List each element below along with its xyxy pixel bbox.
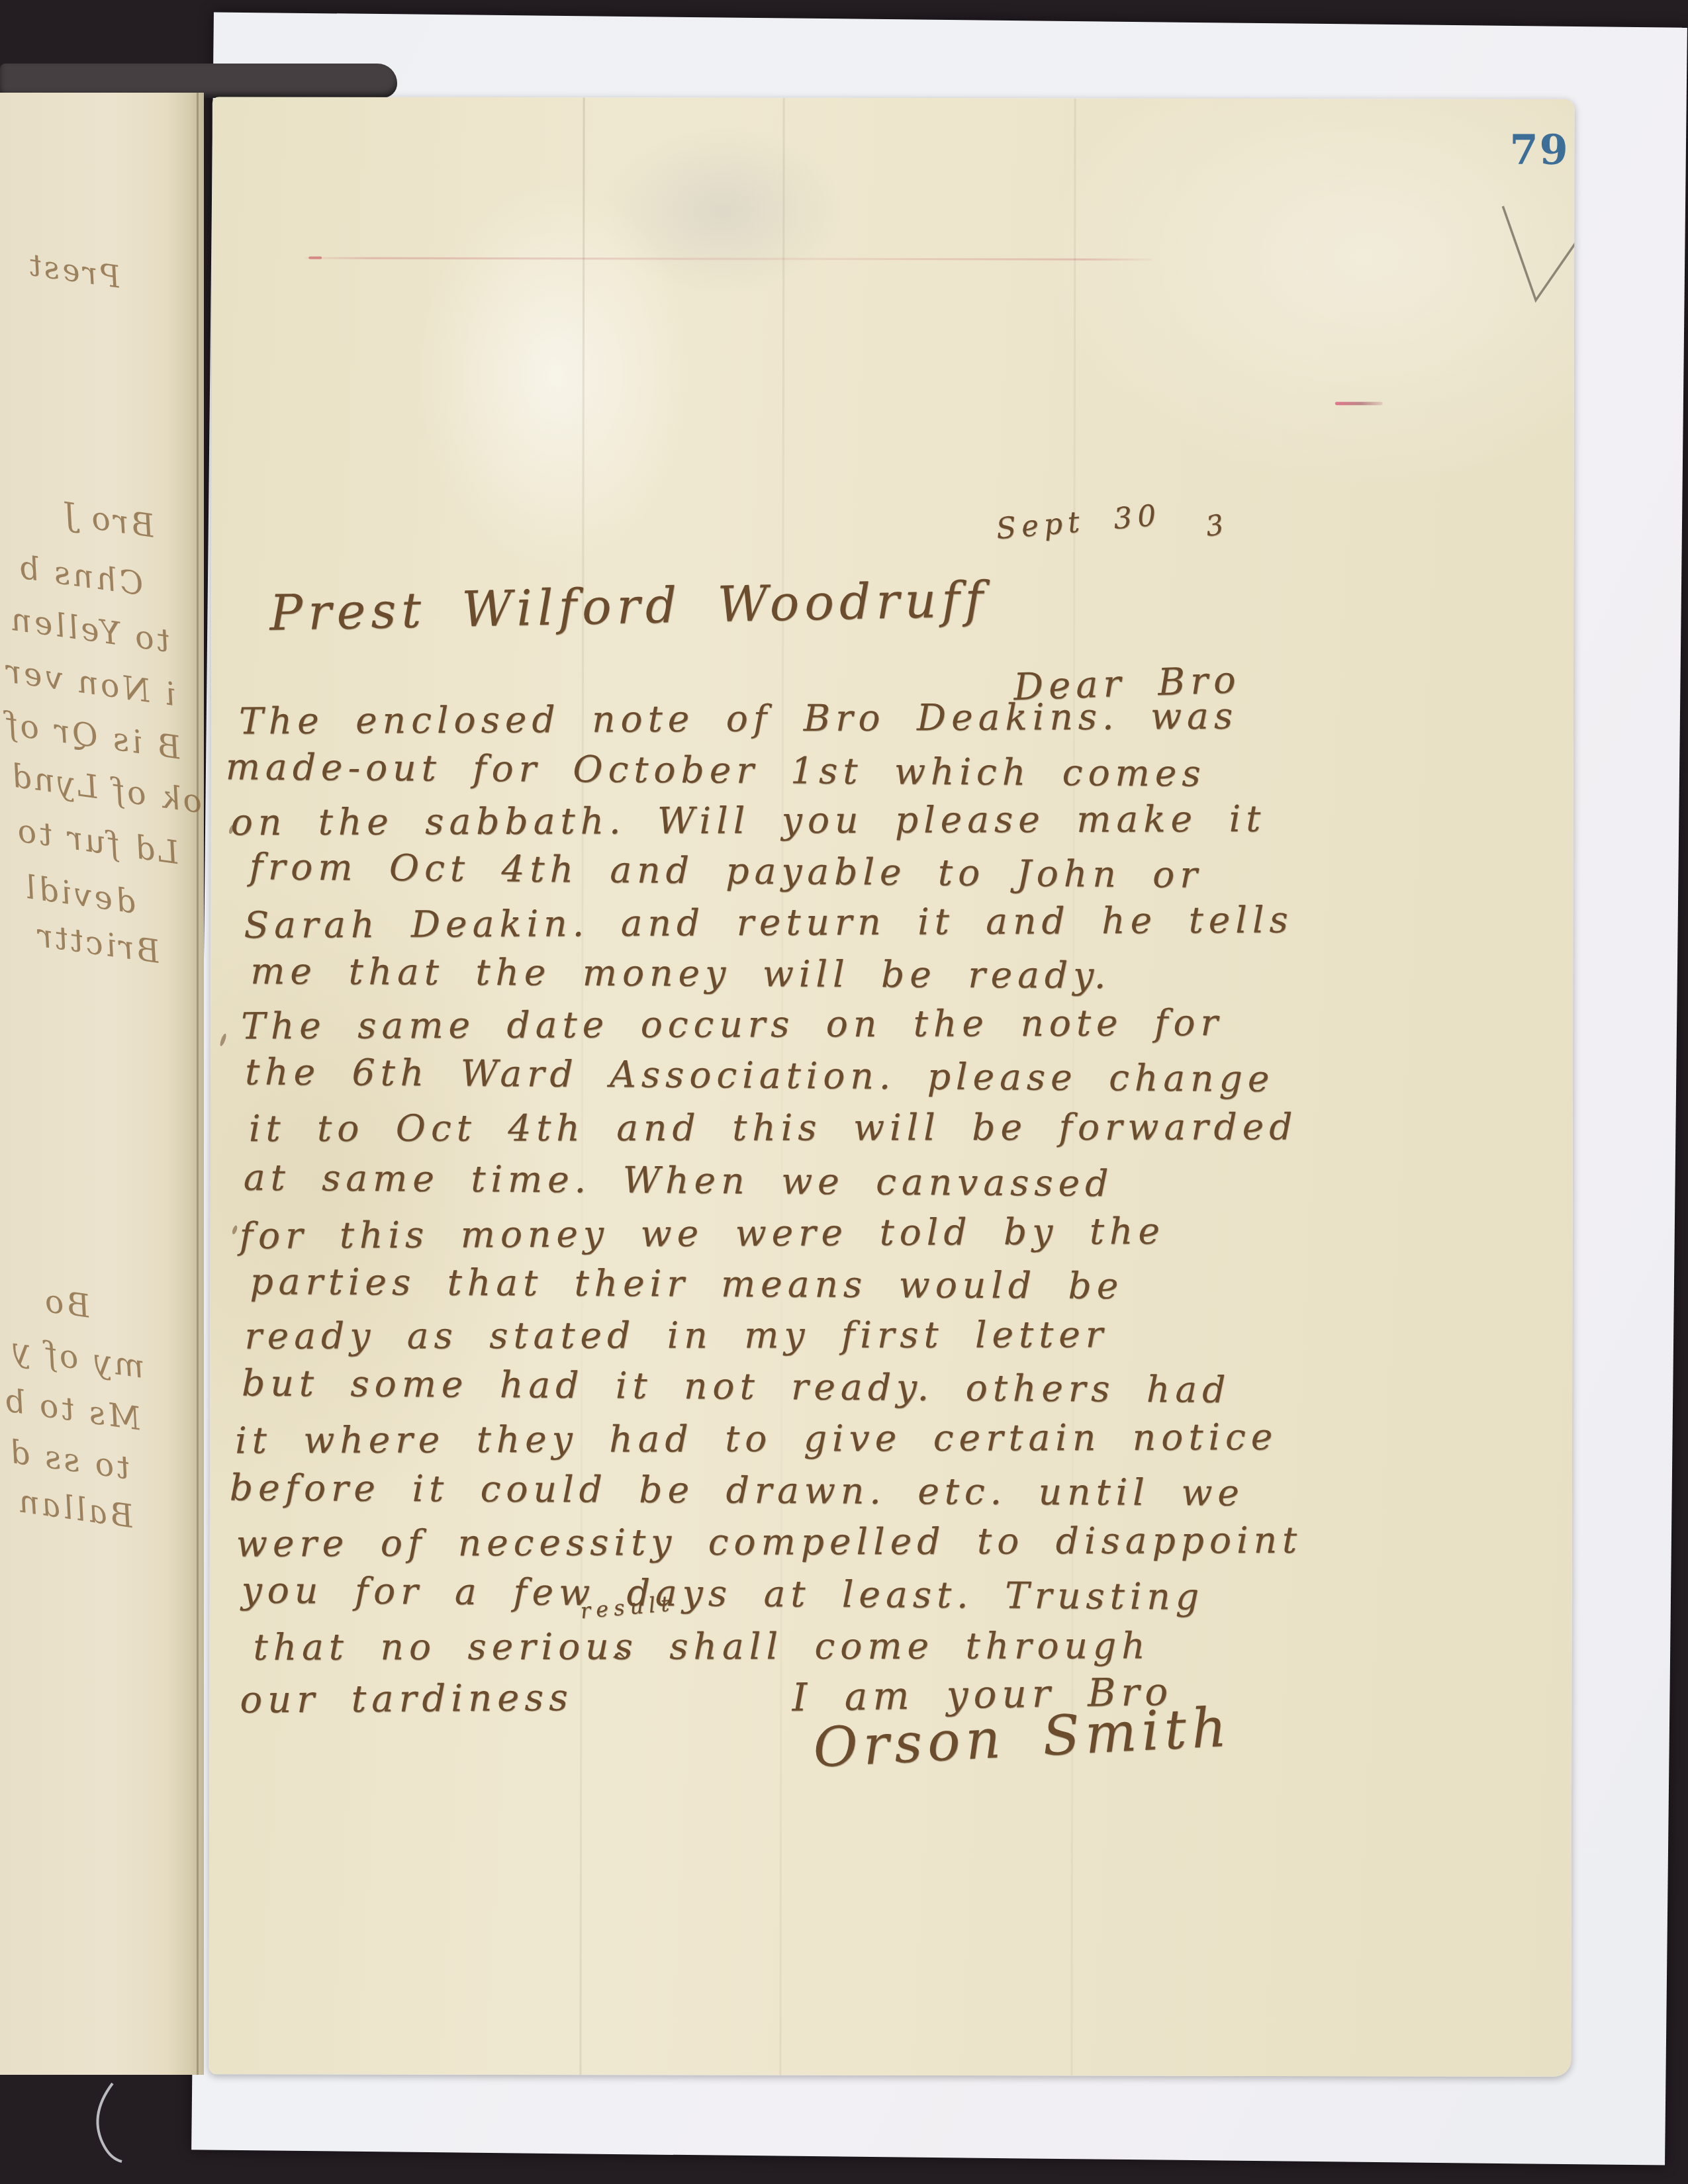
body-line-18: you for a few days at least. Trusting bbox=[241, 1569, 1204, 1617]
facing-book-page: PrestBro JChns bto Yelleni Non verB is Q… bbox=[0, 93, 204, 2075]
date-page-digit: 3 bbox=[1203, 508, 1231, 543]
mirrored-fragment: Bo bbox=[40, 1282, 92, 1325]
body-line-10: at same time. When we canvassed bbox=[244, 1156, 1114, 1205]
mirrored-fragment: Ballan bbox=[14, 1482, 136, 1535]
body-line-14: but some had it not ready. others had bbox=[242, 1361, 1231, 1410]
date-line: Sept 30 bbox=[995, 498, 1162, 546]
mirrored-fragment: Bricttr bbox=[32, 917, 162, 971]
mirrored-fragment: my of y bbox=[7, 1330, 147, 1386]
insertion-caret: ^ bbox=[610, 1649, 632, 1672]
body-line-16: before it could be drawn. etc. until we bbox=[230, 1467, 1244, 1514]
body-line-5: Sarah Deakin. and return it and he tells bbox=[244, 899, 1293, 946]
mirrored-fragment: Bro J bbox=[59, 495, 157, 545]
mirrored-fragment: Chns b bbox=[14, 549, 146, 603]
body-line-3: on the sabbath. Will you please make it bbox=[231, 797, 1266, 843]
mirrored-fragment: devidl bbox=[21, 868, 138, 921]
pink-ink-mark bbox=[1335, 402, 1383, 405]
body-line-12: parties that their means would be bbox=[250, 1260, 1123, 1307]
letter-page: 79 Sept 303Prest Wilford WoodruffDear Br… bbox=[209, 97, 1574, 2077]
faint-red-guideline bbox=[305, 257, 1152, 260]
book-gutter-shadow bbox=[197, 93, 199, 2075]
mirrored-fragment: Ld fur to bbox=[13, 812, 181, 872]
body-line-8: the 6th Ward Association. please change bbox=[245, 1050, 1275, 1100]
body-line-15: it where they had to give certain notice bbox=[235, 1416, 1278, 1461]
mirrored-fragment: to ss d bbox=[5, 1433, 132, 1486]
pencil-checkmark-icon bbox=[1489, 172, 1575, 318]
body-line-9: it to Oct 4th and this will be forwarded bbox=[249, 1105, 1298, 1150]
body-line-4: from Oct 4th and payable to John or bbox=[249, 845, 1203, 896]
mirrored-fragment: Ms to b bbox=[0, 1382, 143, 1438]
ink-speck bbox=[231, 1225, 238, 1235]
mirrored-fragment: i Non ver bbox=[1, 653, 177, 713]
mirrored-fragment: to Yellen bbox=[6, 600, 172, 660]
mirrored-fragment: ok of Lynd bbox=[7, 757, 205, 821]
mirrored-fragment: Prest bbox=[24, 246, 122, 295]
mirrored-fragment: B is Qr of bbox=[1, 705, 183, 766]
ink-speck bbox=[219, 1033, 228, 1047]
scanned-letter-photograph: PrestBro JChns bto Yelleni Non verB is Q… bbox=[0, 0, 1688, 2184]
red-guideline-tick bbox=[308, 256, 322, 259]
body-line-19: that no serious shall come through bbox=[253, 1624, 1150, 1668]
body-line-11: for this money we were told by the bbox=[239, 1210, 1165, 1257]
page-number-stamp: 79 bbox=[1509, 126, 1569, 174]
body-line-7: The same date occurs on the note for bbox=[241, 1001, 1223, 1047]
body-line-13: ready as stated in my first letter bbox=[244, 1313, 1108, 1357]
white-thread bbox=[73, 2078, 179, 2184]
closing-left: our tardiness bbox=[240, 1676, 573, 1722]
body-line-17: were of necessity compelled to disappoin… bbox=[236, 1519, 1303, 1565]
body-line-1: The enclosed note of Bro Deakins. was bbox=[239, 695, 1238, 743]
salutation: Prest Wilford Woodruff bbox=[269, 571, 989, 642]
body-line-6: me that the money will be ready. bbox=[250, 950, 1111, 997]
body-line-2: made-out for October 1st which comes bbox=[226, 745, 1206, 794]
